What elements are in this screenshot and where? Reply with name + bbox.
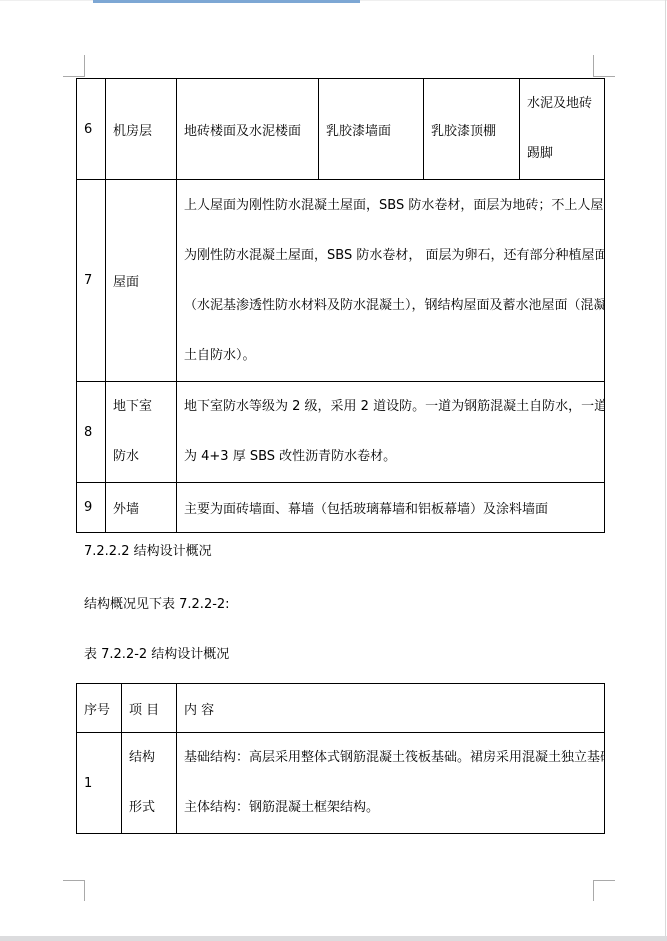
- item-line: 防水: [113, 432, 169, 482]
- item-line: 结构: [129, 733, 169, 783]
- content-line: 上人屋面为刚性防水混凝土屋面，SBS 防水卷材，面层为地砖；不上人屋面: [184, 181, 597, 231]
- table-row: 6 机房层 地砖楼面及水泥楼面 乳胶漆墙面 乳胶漆顶棚 水泥及地砖 踢脚: [77, 79, 605, 180]
- crop-mark-bottom-left: [63, 880, 85, 881]
- content-cell: 上人屋面为刚性防水混凝土屋面，SBS 防水卷材，面层为地砖；不上人屋面 为刚性防…: [177, 180, 605, 382]
- item-cell: 地下室 防水: [106, 382, 177, 483]
- table-row: 1 结构 形式 基础结构：高层采用整体式钢筋混凝土筏板基础。裙房采用混凝土独立基…: [77, 733, 605, 834]
- item-line: 形式: [129, 783, 169, 833]
- table-reference-text: 结构概况见下表 7.2.2-2:: [84, 596, 230, 613]
- content-line: 土自防水）。: [184, 331, 597, 381]
- finish-table: 6 机房层 地砖楼面及水泥楼面 乳胶漆墙面 乳胶漆顶棚 水泥及地砖 踢脚 7 屋…: [76, 78, 605, 533]
- ceiling-cell: 乳胶漆顶棚: [424, 79, 520, 180]
- seq-cell: 8: [77, 382, 106, 483]
- content-line: 为刚性防水混凝土屋面，SBS 防水卷材， 面层为卵石，还有部分种植屋面: [184, 231, 597, 281]
- item-cell: 结构 形式: [122, 733, 177, 834]
- crop-mark-top-right: [593, 55, 594, 77]
- item-header-cell: 项 目: [122, 684, 177, 733]
- skirting-cell: 水泥及地砖 踢脚: [520, 79, 605, 180]
- content-line: 地下室防水等级为 2 级，采用 2 道设防。一道为钢筋混凝土自防水，一道: [184, 382, 597, 432]
- seq-cell: 6: [77, 79, 106, 180]
- page-right-edge: [665, 0, 666, 941]
- crop-mark-top-right: [593, 76, 615, 77]
- content-cell: 基础结构：高层采用整体式钢筋混凝土筏板基础。裙房采用混凝土独立基础 主体结构：钢…: [177, 733, 605, 834]
- content-line: （水泥基渗透性防水材料及防水混凝土），钢结构屋面及蓄水池屋面（混凝: [184, 281, 597, 331]
- header-row: 序号 项 目 内 容: [77, 684, 605, 733]
- top-scroll-indicator[interactable]: [93, 0, 360, 3]
- section-heading: 7.2.2.2 结构设计概况: [84, 543, 212, 560]
- content-line: 基础结构：高层采用整体式钢筋混凝土筏板基础。裙房采用混凝土独立基础: [184, 733, 597, 783]
- content-cell: 地下室防水等级为 2 级，采用 2 道设防。一道为钢筋混凝土自防水，一道 为 4…: [177, 382, 605, 483]
- seq-header-cell: 序号: [77, 684, 122, 733]
- table-row: 8 地下室 防水 地下室防水等级为 2 级，采用 2 道设防。一道为钢筋混凝土自…: [77, 382, 605, 483]
- structure-table: 序号 项 目 内 容 1 结构 形式 基础结构：高层采用整体式钢筋混凝土筏板基础…: [76, 683, 605, 834]
- floor-cell: 地砖楼面及水泥楼面: [177, 79, 319, 180]
- crop-mark-bottom-right: [593, 880, 615, 881]
- table-caption: 表 7.2.2-2 结构设计概况: [84, 646, 229, 663]
- content-cell: 主要为面砖墙面、幕墙（包括玻璃幕墙和铝板幕墙）及涂料墙面: [177, 483, 605, 533]
- table-row: 9 外墙 主要为面砖墙面、幕墙（包括玻璃幕墙和铝板幕墙）及涂料墙面: [77, 483, 605, 533]
- item-cell: 外墙: [106, 483, 177, 533]
- crop-mark-bottom-left: [84, 880, 85, 901]
- seq-cell: 7: [77, 180, 106, 382]
- skirting-line: 踢脚: [527, 129, 597, 179]
- skirting-line: 水泥及地砖: [527, 79, 597, 129]
- table-row: 7 屋面 上人屋面为刚性防水混凝土屋面，SBS 防水卷材，面层为地砖；不上人屋面…: [77, 180, 605, 382]
- content-line: 主体结构：钢筋混凝土框架结构。: [184, 783, 597, 833]
- crop-mark-bottom-right: [593, 880, 594, 901]
- document-page[interactable]: 6 机房层 地砖楼面及水泥楼面 乳胶漆墙面 乳胶漆顶棚 水泥及地砖 踢脚 7 屋…: [0, 0, 667, 941]
- seq-cell: 1: [77, 733, 122, 834]
- item-cell: 机房层: [106, 79, 177, 180]
- wall-cell: 乳胶漆墙面: [319, 79, 424, 180]
- page-bottom-edge: [0, 936, 667, 941]
- item-cell: 屋面: [106, 180, 177, 382]
- seq-cell: 9: [77, 483, 106, 533]
- item-line: 地下室: [113, 382, 169, 432]
- crop-mark-top-left: [84, 55, 85, 77]
- crop-mark-top-left: [63, 76, 85, 77]
- content-line: 为 4+3 厚 SBS 改性沥青防水卷材。: [184, 432, 597, 482]
- content-header-cell: 内 容: [177, 684, 605, 733]
